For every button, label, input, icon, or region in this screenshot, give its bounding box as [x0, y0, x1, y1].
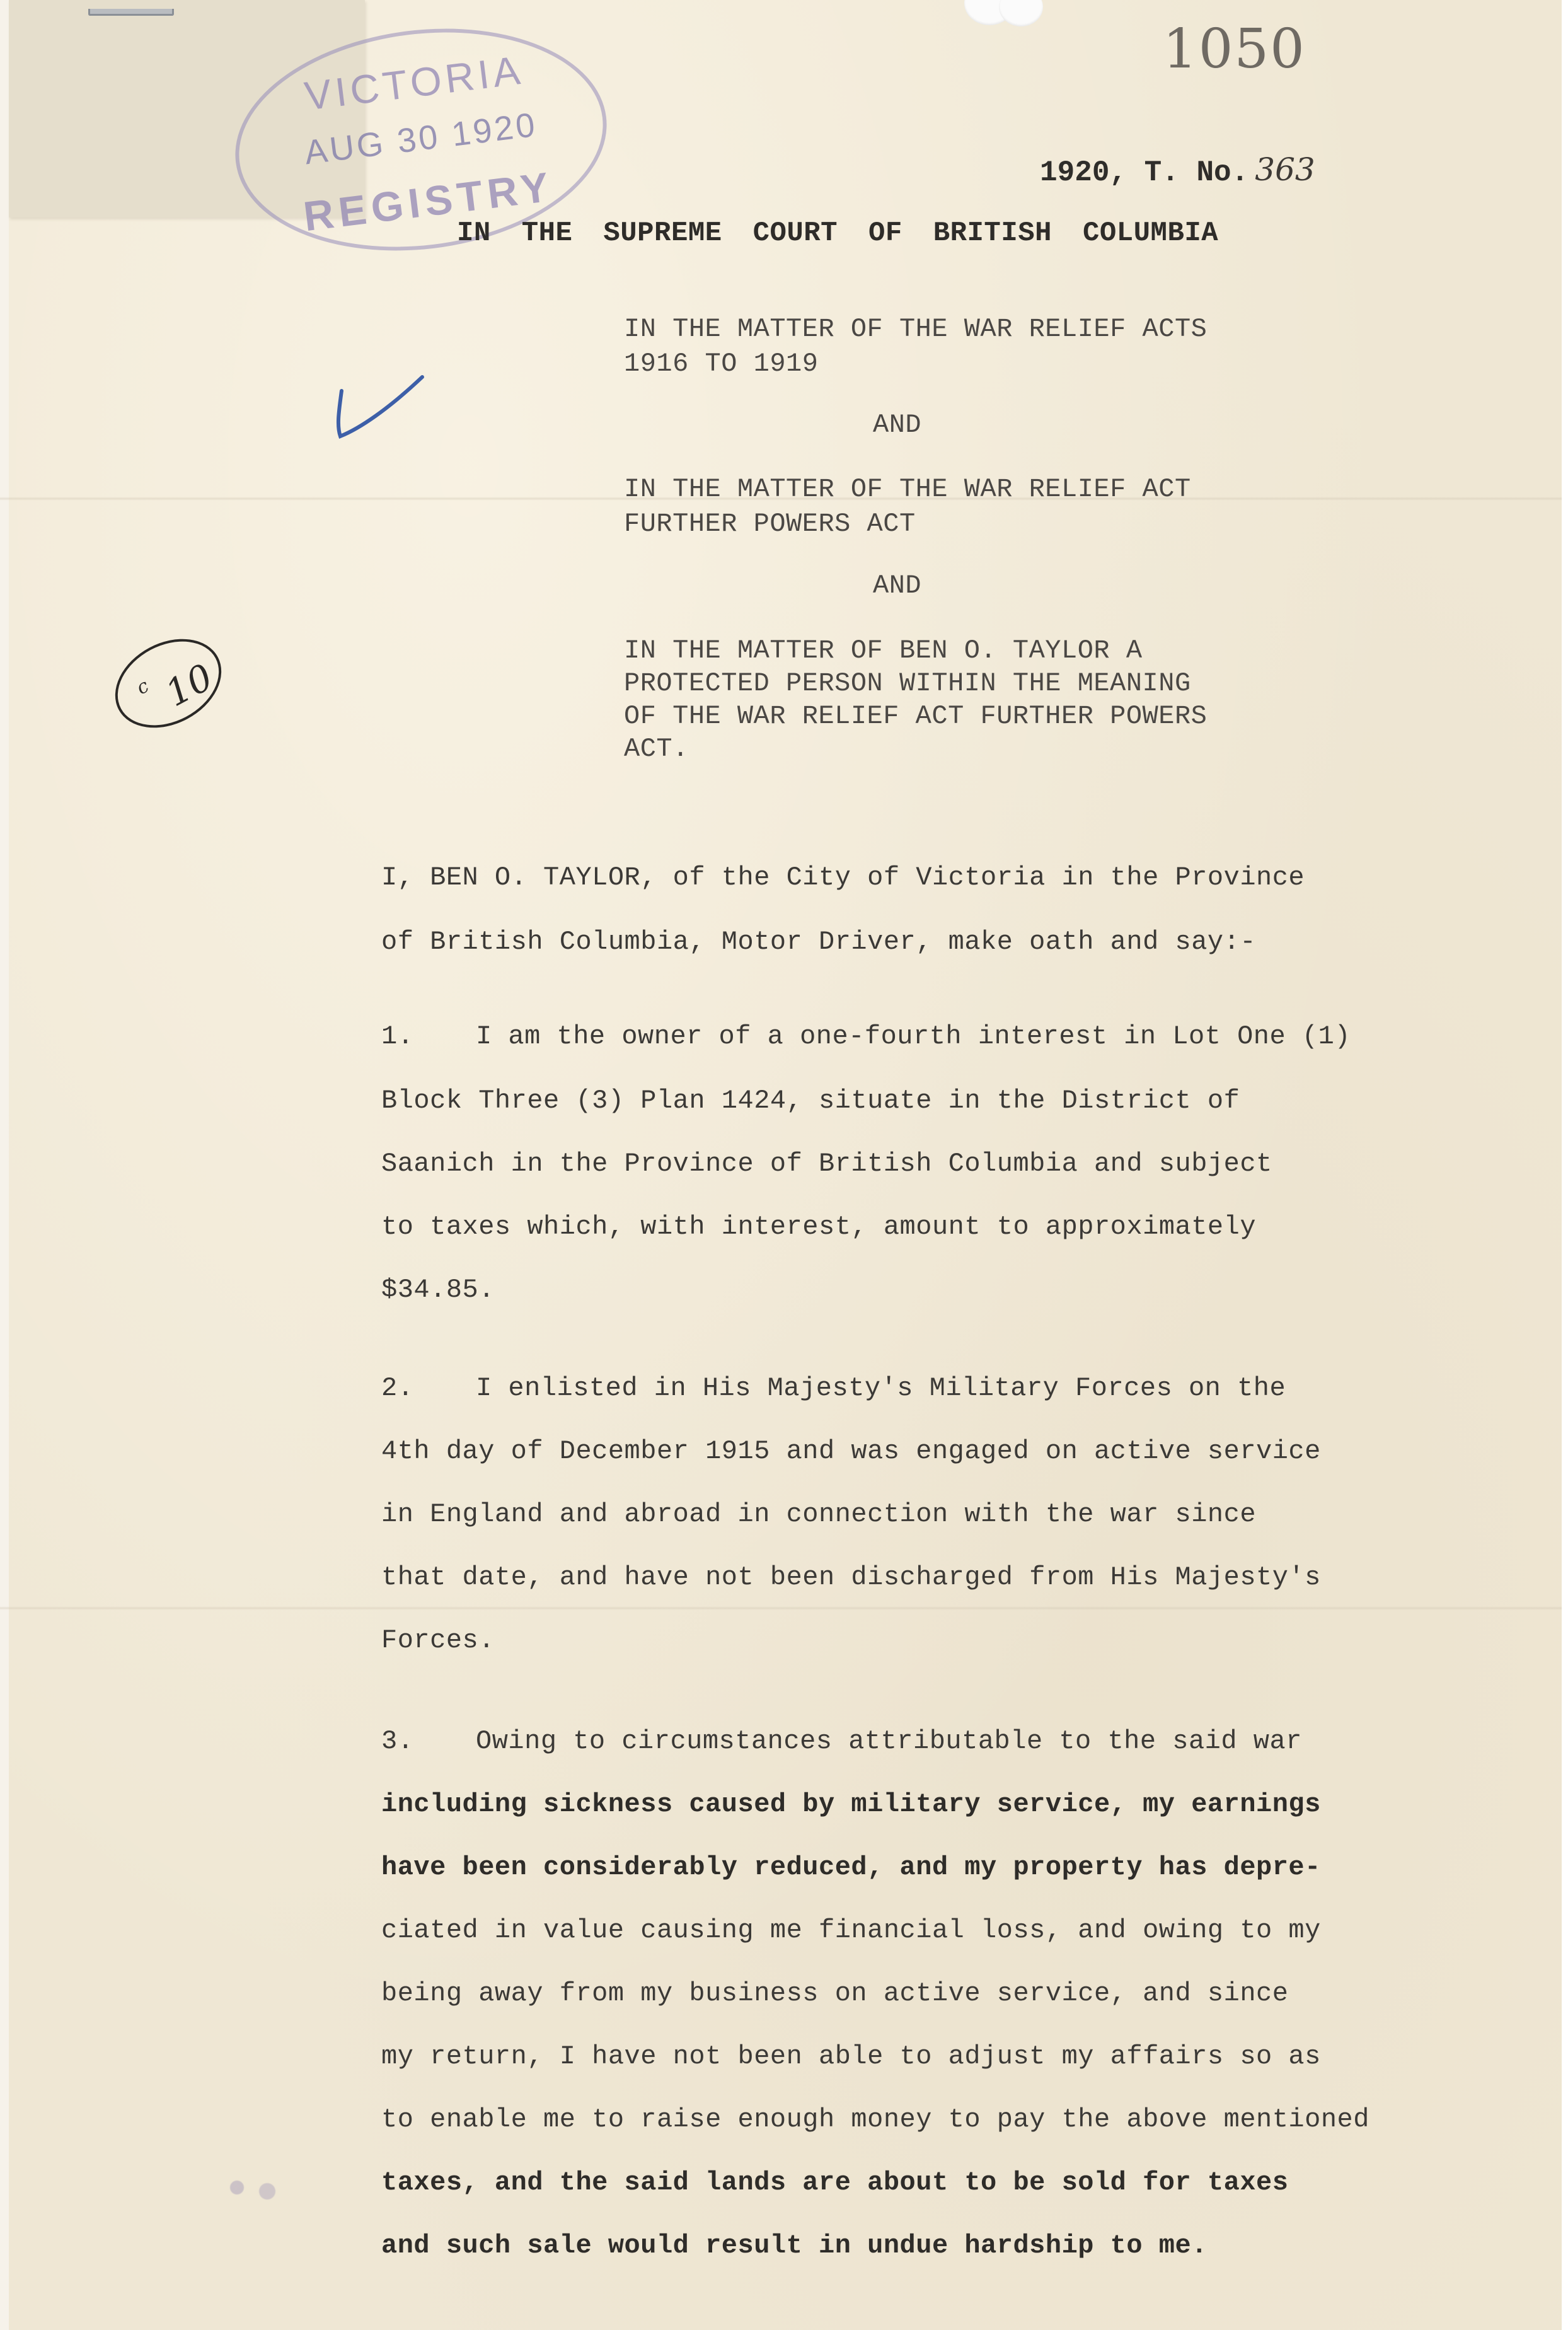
paragraph-line: my return, I have not been able to adjus… [381, 2041, 1321, 2072]
paragraph-line: Owing to circumstances attributable to t… [476, 1726, 1302, 1756]
punch-hole-icon [999, 0, 1043, 26]
paragraph-number: 1. [381, 1021, 413, 1052]
fee-annotation: 10c [100, 622, 236, 746]
paragraph-line: and such sale would result in undue hard… [381, 2230, 1208, 2261]
paragraph-line: Saanich in the Province of British Colum… [381, 1149, 1272, 1179]
separator-and: AND [873, 571, 921, 601]
intro-line: of British Columbia, Motor Driver, make … [381, 927, 1256, 957]
paragraph-line: in England and abroad in connection with… [381, 1499, 1256, 1529]
paragraph-line: 4th day of December 1915 and was engaged… [381, 1436, 1321, 1466]
court-title: IN THE SUPREME COURT OF BRITISH COLUMBIA [457, 217, 1218, 249]
paragraph-line: to enable me to raise enough money to pa… [381, 2104, 1369, 2135]
paragraph-line: being away from my business on active se… [381, 1978, 1288, 2008]
paragraph-line: Block Three (3) Plan 1424, situate in th… [381, 1086, 1240, 1116]
check-mark-icon [328, 366, 429, 454]
intro-line: I, BEN O. TAYLOR, of the City of Victori… [381, 862, 1305, 893]
matter-line: 1916 TO 1919 [624, 349, 818, 379]
matter-line: IN THE MATTER OF BEN O. TAYLOR A [624, 635, 1143, 666]
paragraph-line: taxes, and the said lands are about to b… [381, 2167, 1288, 2198]
document-page: VICTORIA AUG 30 1920 REGISTRY 1050 1920,… [0, 0, 1562, 2330]
case-number-handwritten: 363 [1255, 151, 1315, 188]
paragraph-line: I am the owner of a one-fourth interest … [476, 1021, 1351, 1052]
paragraph-line: that date, and have not been discharged … [381, 1562, 1321, 1592]
paragraph-number: 3. [381, 1726, 413, 1756]
staple-icon [88, 9, 174, 16]
paragraph-line: Forces. [381, 1625, 495, 1655]
paragraph-line: have been considerably reduced, and my p… [381, 1852, 1321, 1882]
matter-line: ACT. [624, 734, 689, 764]
case-number-typed: 1920, T. No. [1040, 156, 1248, 189]
matter-line: IN THE MATTER OF THE WAR RELIEF ACTS [624, 314, 1207, 344]
paragraph-line: I enlisted in His Majesty's Military For… [476, 1373, 1286, 1403]
paragraph-number: 2. [381, 1373, 413, 1403]
paragraph-line: including sickness caused by military se… [381, 1789, 1321, 1819]
paragraph-line: to taxes which, with interest, amount to… [381, 1212, 1256, 1242]
page-edge [0, 0, 9, 2330]
matter-line: FURTHER POWERS ACT [624, 509, 916, 539]
matter-line: OF THE WAR RELIEF ACT FURTHER POWERS [624, 701, 1207, 731]
ink-smudge [214, 2169, 290, 2206]
fold-crease [0, 1606, 1562, 1610]
handwritten-file-number: 1050 [1163, 18, 1306, 81]
paragraph-line: $34.85. [381, 1275, 495, 1305]
separator-and: AND [873, 410, 921, 440]
matter-line: IN THE MATTER OF THE WAR RELIEF ACT [624, 474, 1191, 504]
matter-line: PROTECTED PERSON WITHIN THE MEANING [624, 668, 1191, 698]
paragraph-line: ciated in value causing me financial los… [381, 1915, 1321, 1945]
case-number: 1920, T. No.363 [1040, 151, 1315, 189]
